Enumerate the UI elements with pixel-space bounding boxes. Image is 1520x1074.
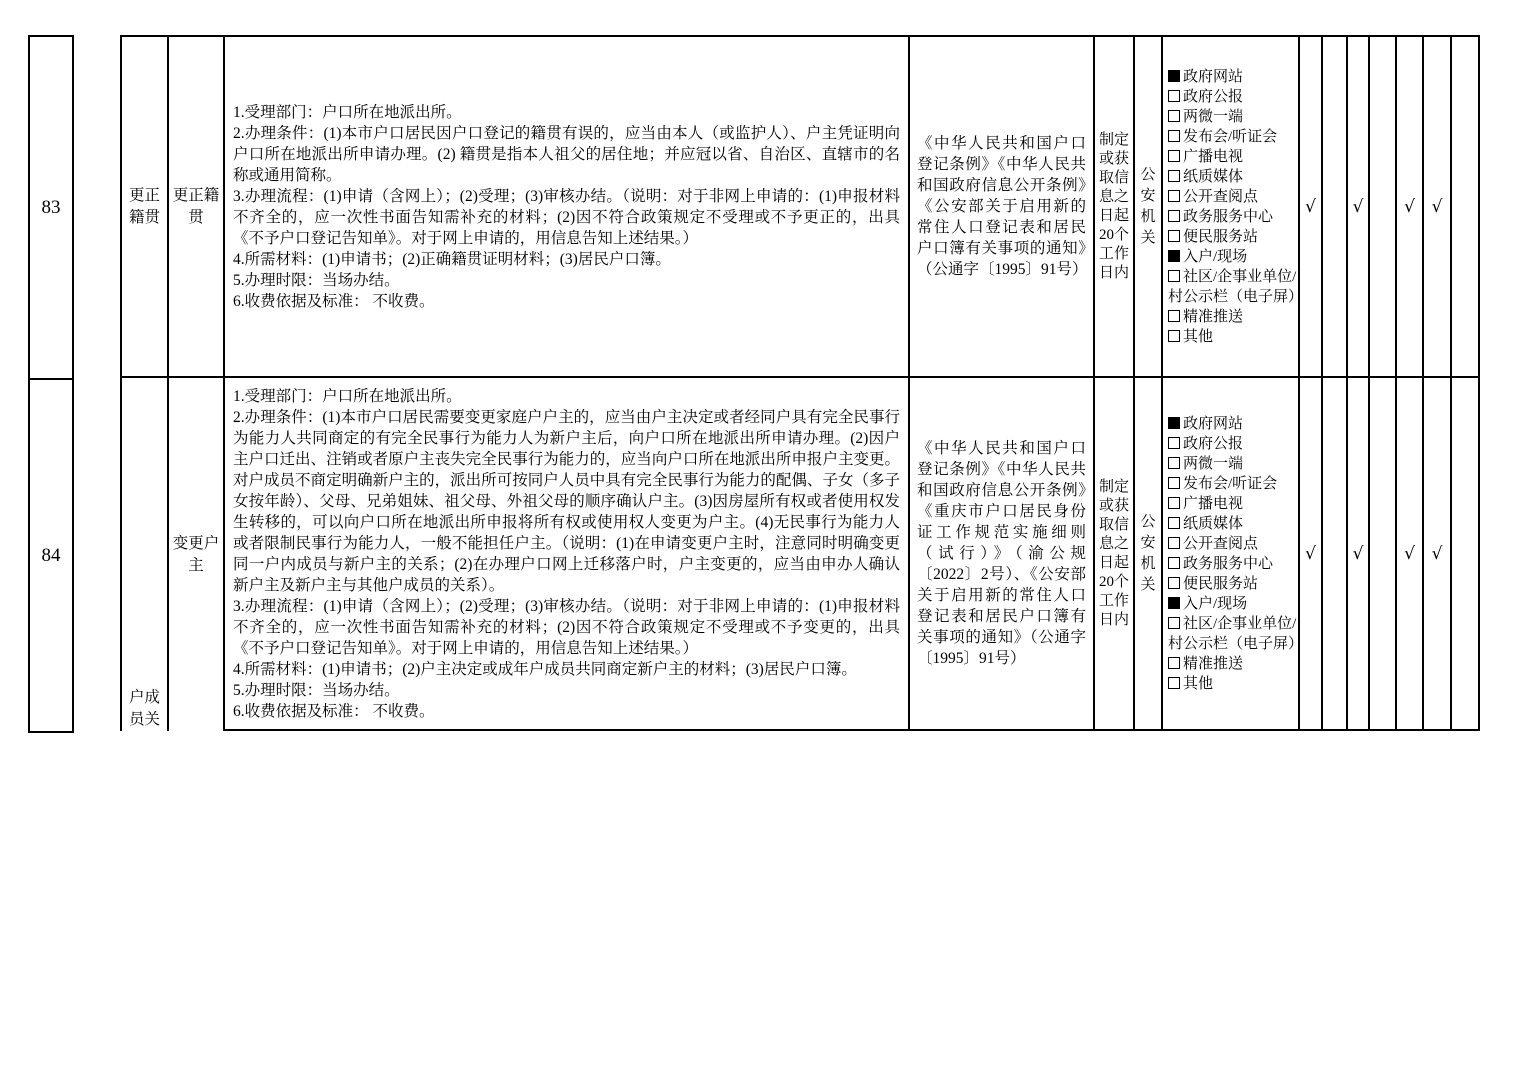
authority-text: 公安机关 [1135, 512, 1161, 596]
channel-label: 发布会/听证会 [1183, 129, 1277, 145]
checkbox-unchecked-icon [1168, 270, 1180, 282]
channel-option: 便民服务站 [1168, 227, 1297, 247]
channel-option: 社区/企事业单位/村公示栏（电子屏） [1168, 267, 1297, 307]
channel-option: 发布会/听证会 [1168, 127, 1297, 147]
authority-cell: 公安机关 [1135, 378, 1163, 731]
row-number: 83 [30, 37, 72, 380]
channel-option: 公开查阅点 [1168, 534, 1297, 554]
checkbox-unchecked-icon [1168, 677, 1180, 689]
time-limit-cell: 制定或获取信息之日起20个工作日内 [1095, 378, 1135, 731]
row-number: 84 [30, 380, 72, 731]
channel-label: 精准推送 [1183, 656, 1243, 672]
channel-label: 纸质媒体 [1183, 169, 1243, 185]
authority-cell: 公安机关 [1135, 37, 1163, 378]
procedure-text-line: 3.办理流程：(1)申请（含网上）；(2)受理；(3)审核办结。（说明：对于非网… [233, 596, 900, 659]
channel-option: 政务服务中心 [1168, 554, 1297, 574]
channel-option: 广播电视 [1168, 147, 1297, 167]
subcategory-label: 更正籍贯 [171, 185, 221, 229]
channel-option: 政府公报 [1168, 87, 1297, 107]
channel-label: 政府网站 [1183, 69, 1243, 85]
empty-check-cell [1370, 37, 1397, 378]
channel-option: 其他 [1168, 327, 1297, 347]
checkbox-unchecked-icon [1168, 537, 1180, 549]
channel-label: 政府公报 [1183, 436, 1243, 452]
checkbox-checked-icon [1168, 70, 1180, 82]
procedure-text-line: 2.办理条件：(1)本市户口居民需要变更家庭户户主的，应当由户主决定或者经同户具… [233, 407, 900, 596]
subcategory-cell: 变更户主 [169, 378, 225, 731]
checkbox-unchecked-icon [1168, 130, 1180, 142]
checkmark-cell: √ [1424, 37, 1452, 378]
checkbox-unchecked-icon [1168, 90, 1180, 102]
table-row: 户成员关 变更户主 1.受理部门：户口所在地派出所。2.办理条件：(1)本市户口… [122, 378, 1480, 731]
checkbox-unchecked-icon [1168, 557, 1180, 569]
procedure-text-line: 6.收费依据及标准： 不收费。 [233, 701, 900, 722]
channel-option: 纸质媒体 [1168, 167, 1297, 187]
channel-label: 纸质媒体 [1183, 516, 1243, 532]
empty-check-cell [1452, 37, 1480, 378]
empty-check-cell [1370, 378, 1397, 731]
channel-label: 入户/现场 [1183, 596, 1247, 612]
channel-label: 两微一端 [1183, 109, 1243, 125]
checkbox-unchecked-icon [1168, 310, 1180, 322]
disclosure-table: 更正籍贯 更正籍贯 1.受理部门：户口所在地派出所。2.办理条件：(1)本市户口… [120, 35, 1480, 731]
channels-list: 政府网站政府公报两微一端发布会/听证会广播电视纸质媒体公开查阅点政务服务中心便民… [1163, 378, 1300, 731]
channel-label: 广播电视 [1183, 149, 1243, 165]
procedure-description-cell: 1.受理部门：户口所在地派出所。2.办理条件：(1)本市户口居民需要变更家庭户户… [225, 378, 910, 731]
document-page: 83 84 更正籍贯 更正籍贯 1.受理部门：户口所在地派出所。2.办理条件：(… [0, 0, 1520, 1074]
channel-label: 政务服务中心 [1183, 209, 1273, 225]
channel-label: 两微一端 [1183, 456, 1243, 472]
checkbox-unchecked-icon [1168, 230, 1180, 242]
empty-check-cell [1452, 378, 1480, 731]
checkbox-unchecked-icon [1168, 617, 1180, 629]
category-label: 户成员关 [124, 687, 165, 731]
checkbox-checked-icon [1168, 417, 1180, 429]
channel-option: 其他 [1168, 674, 1297, 694]
channel-label: 政务服务中心 [1183, 556, 1273, 572]
checkbox-checked-icon [1168, 250, 1180, 262]
checkbox-unchecked-icon [1168, 110, 1180, 122]
checkmark-cell: √ [1300, 378, 1323, 731]
channel-option: 政府网站 [1168, 414, 1297, 434]
channel-option: 政府公报 [1168, 434, 1297, 454]
empty-check-cell [1323, 378, 1348, 731]
procedure-text-line: 4.所需材料：(1)申请书；(2)户主决定或成年户成员共同商定新户主的材料；(3… [233, 659, 900, 680]
channel-label: 政府公报 [1183, 89, 1243, 105]
procedure-text-line: 6.收费依据及标准： 不收费。 [233, 291, 900, 312]
legal-basis-text: 《中华人民共和国户口登记条例》《中华人民共和国政府信息公开条例》《重庆市户口居民… [917, 438, 1086, 669]
legal-basis-cell: 《中华人民共和国户口登记条例》《中华人民共和国政府信息公开条例》《公安部关于启用… [910, 37, 1095, 378]
channel-label: 公开查阅点 [1183, 536, 1258, 552]
channel-label: 发布会/听证会 [1183, 476, 1277, 492]
channel-label: 其他 [1183, 329, 1213, 345]
legal-basis-cell: 《中华人民共和国户口登记条例》《中华人民共和国政府信息公开条例》《重庆市户口居民… [910, 378, 1095, 731]
authority-text: 公安机关 [1135, 165, 1161, 249]
channel-label: 广播电视 [1183, 496, 1243, 512]
channel-option: 精准推送 [1168, 307, 1297, 327]
category-cell: 更正籍贯 [122, 37, 169, 378]
procedure-description-cell: 1.受理部门：户口所在地派出所。2.办理条件：(1)本市户口居民因户口登记的籍贯… [225, 37, 910, 378]
category-cell: 户成员关 [122, 378, 169, 731]
channel-label: 公开查阅点 [1183, 189, 1258, 205]
procedure-text-line: 2.办理条件：(1)本市户口居民因户口登记的籍贯有误的，应当由本人（或监护人）、… [233, 123, 900, 186]
checkbox-checked-icon [1168, 597, 1180, 609]
checkbox-unchecked-icon [1168, 150, 1180, 162]
checkmark-cell: √ [1300, 37, 1323, 378]
checkbox-unchecked-icon [1168, 170, 1180, 182]
checkbox-unchecked-icon [1168, 477, 1180, 489]
checkmark-cell: √ [1397, 37, 1424, 378]
checkmark-cell: √ [1348, 378, 1370, 731]
channel-option: 广播电视 [1168, 494, 1297, 514]
channel-label: 精准推送 [1183, 309, 1243, 325]
time-limit-text: 制定或获取信息之日起20个工作日内 [1095, 131, 1133, 283]
checkbox-unchecked-icon [1168, 210, 1180, 222]
channel-option: 入户/现场 [1168, 594, 1297, 614]
channel-label: 其他 [1183, 676, 1213, 692]
channel-label: 社区/企事业单位/村公示栏（电子屏） [1168, 269, 1300, 305]
checkbox-unchecked-icon [1168, 657, 1180, 669]
procedure-text-line: 3.办理流程：(1)申请（含网上）；(2)受理；(3)审核办结。（说明：对于非网… [233, 186, 900, 249]
checkbox-unchecked-icon [1168, 330, 1180, 342]
time-limit-cell: 制定或获取信息之日起20个工作日内 [1095, 37, 1135, 378]
procedure-text-line: 1.受理部门：户口所在地派出所。 [233, 386, 900, 407]
channel-option: 公开查阅点 [1168, 187, 1297, 207]
channels-list: 政府网站政府公报两微一端发布会/听证会广播电视纸质媒体公开查阅点政务服务中心便民… [1163, 37, 1300, 378]
channel-option: 入户/现场 [1168, 247, 1297, 267]
channel-option: 两微一端 [1168, 454, 1297, 474]
procedure-text-line: 5.办理时限：当场办结。 [233, 680, 900, 701]
legal-basis-text: 《中华人民共和国户口登记条例》《中华人民共和国政府信息公开条例》《公安部关于启用… [917, 133, 1086, 280]
channel-option: 社区/企事业单位/村公示栏（电子屏） [1168, 614, 1297, 654]
channel-label: 便民服务站 [1183, 229, 1258, 245]
checkbox-unchecked-icon [1168, 517, 1180, 529]
time-limit-text: 制定或获取信息之日起20个工作日内 [1095, 478, 1133, 630]
checkbox-unchecked-icon [1168, 577, 1180, 589]
checkmark-cell: √ [1397, 378, 1424, 731]
table-row: 更正籍贯 更正籍贯 1.受理部门：户口所在地派出所。2.办理条件：(1)本市户口… [122, 37, 1480, 378]
checkmark-cell: √ [1348, 37, 1370, 378]
channel-label: 社区/企事业单位/村公示栏（电子屏） [1168, 616, 1300, 652]
procedure-text-line: 4.所需材料：(1)申请书；(2)正确籍贯证明材料；(3)居民户口簿。 [233, 249, 900, 270]
checkmark-cell: √ [1424, 378, 1452, 731]
subcategory-label: 变更户主 [171, 533, 221, 577]
checkbox-unchecked-icon [1168, 437, 1180, 449]
channel-option: 政务服务中心 [1168, 207, 1297, 227]
row-number-column: 83 84 [28, 35, 74, 733]
channel-label: 入户/现场 [1183, 249, 1247, 265]
procedure-text-line: 1.受理部门：户口所在地派出所。 [233, 102, 900, 123]
channel-option: 便民服务站 [1168, 574, 1297, 594]
empty-check-cell [1323, 37, 1348, 378]
checkbox-unchecked-icon [1168, 497, 1180, 509]
checkbox-unchecked-icon [1168, 190, 1180, 202]
channel-option: 精准推送 [1168, 654, 1297, 674]
channel-option: 两微一端 [1168, 107, 1297, 127]
checkbox-unchecked-icon [1168, 457, 1180, 469]
channel-option: 纸质媒体 [1168, 514, 1297, 534]
category-label: 更正籍贯 [124, 185, 165, 229]
channel-label: 政府网站 [1183, 416, 1243, 432]
channel-option: 发布会/听证会 [1168, 474, 1297, 494]
subcategory-cell: 更正籍贯 [169, 37, 225, 378]
procedure-text-line: 5.办理时限：当场办结。 [233, 270, 900, 291]
channel-option: 政府网站 [1168, 67, 1297, 87]
channel-label: 便民服务站 [1183, 576, 1258, 592]
